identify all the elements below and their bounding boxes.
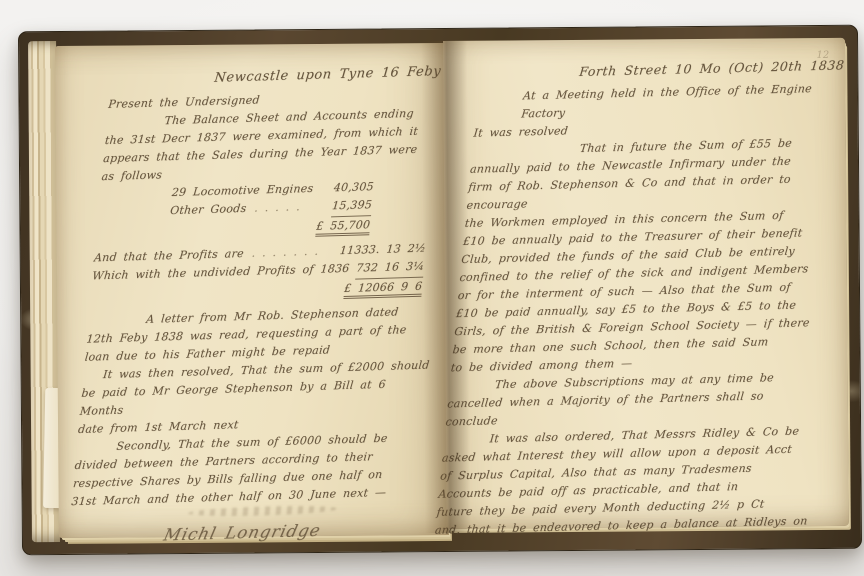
book-cover: Newcastle upon Tyne 16 Feby 1838 Present… xyxy=(18,25,862,556)
profit-amount: 732 16 3¼ xyxy=(355,258,425,280)
left-page: Newcastle upon Tyne 16 Feby 1838 Present… xyxy=(55,43,449,538)
sales-amount: 40,305 xyxy=(333,178,375,197)
dot-leader: . . . . . xyxy=(254,198,301,217)
left-page-heading: Newcastle upon Tyne 16 Feby 1838 xyxy=(213,62,459,87)
sales-amount: 15,395 xyxy=(331,196,373,217)
right-page-text: Forth Street 10 Mo (Oct) 20th 1838 At a … xyxy=(434,56,856,540)
sales-label: Other Goods xyxy=(169,200,247,220)
dot-leader: . . . . . . . xyxy=(251,243,319,263)
photograph-of-minute-book: Newcastle upon Tyne 16 Feby 1838 Present… xyxy=(0,0,864,576)
left-page-text: Newcastle upon Tyne 16 Feby 1838 Present… xyxy=(67,62,459,547)
signature: Michl Longridge xyxy=(162,519,418,545)
right-page-heading: Forth Street 10 Mo (Oct) 20th 1838 xyxy=(578,56,856,81)
right-page: 12 Forth Street 10 Mo (Oct) 20th 1838 At… xyxy=(443,38,849,529)
